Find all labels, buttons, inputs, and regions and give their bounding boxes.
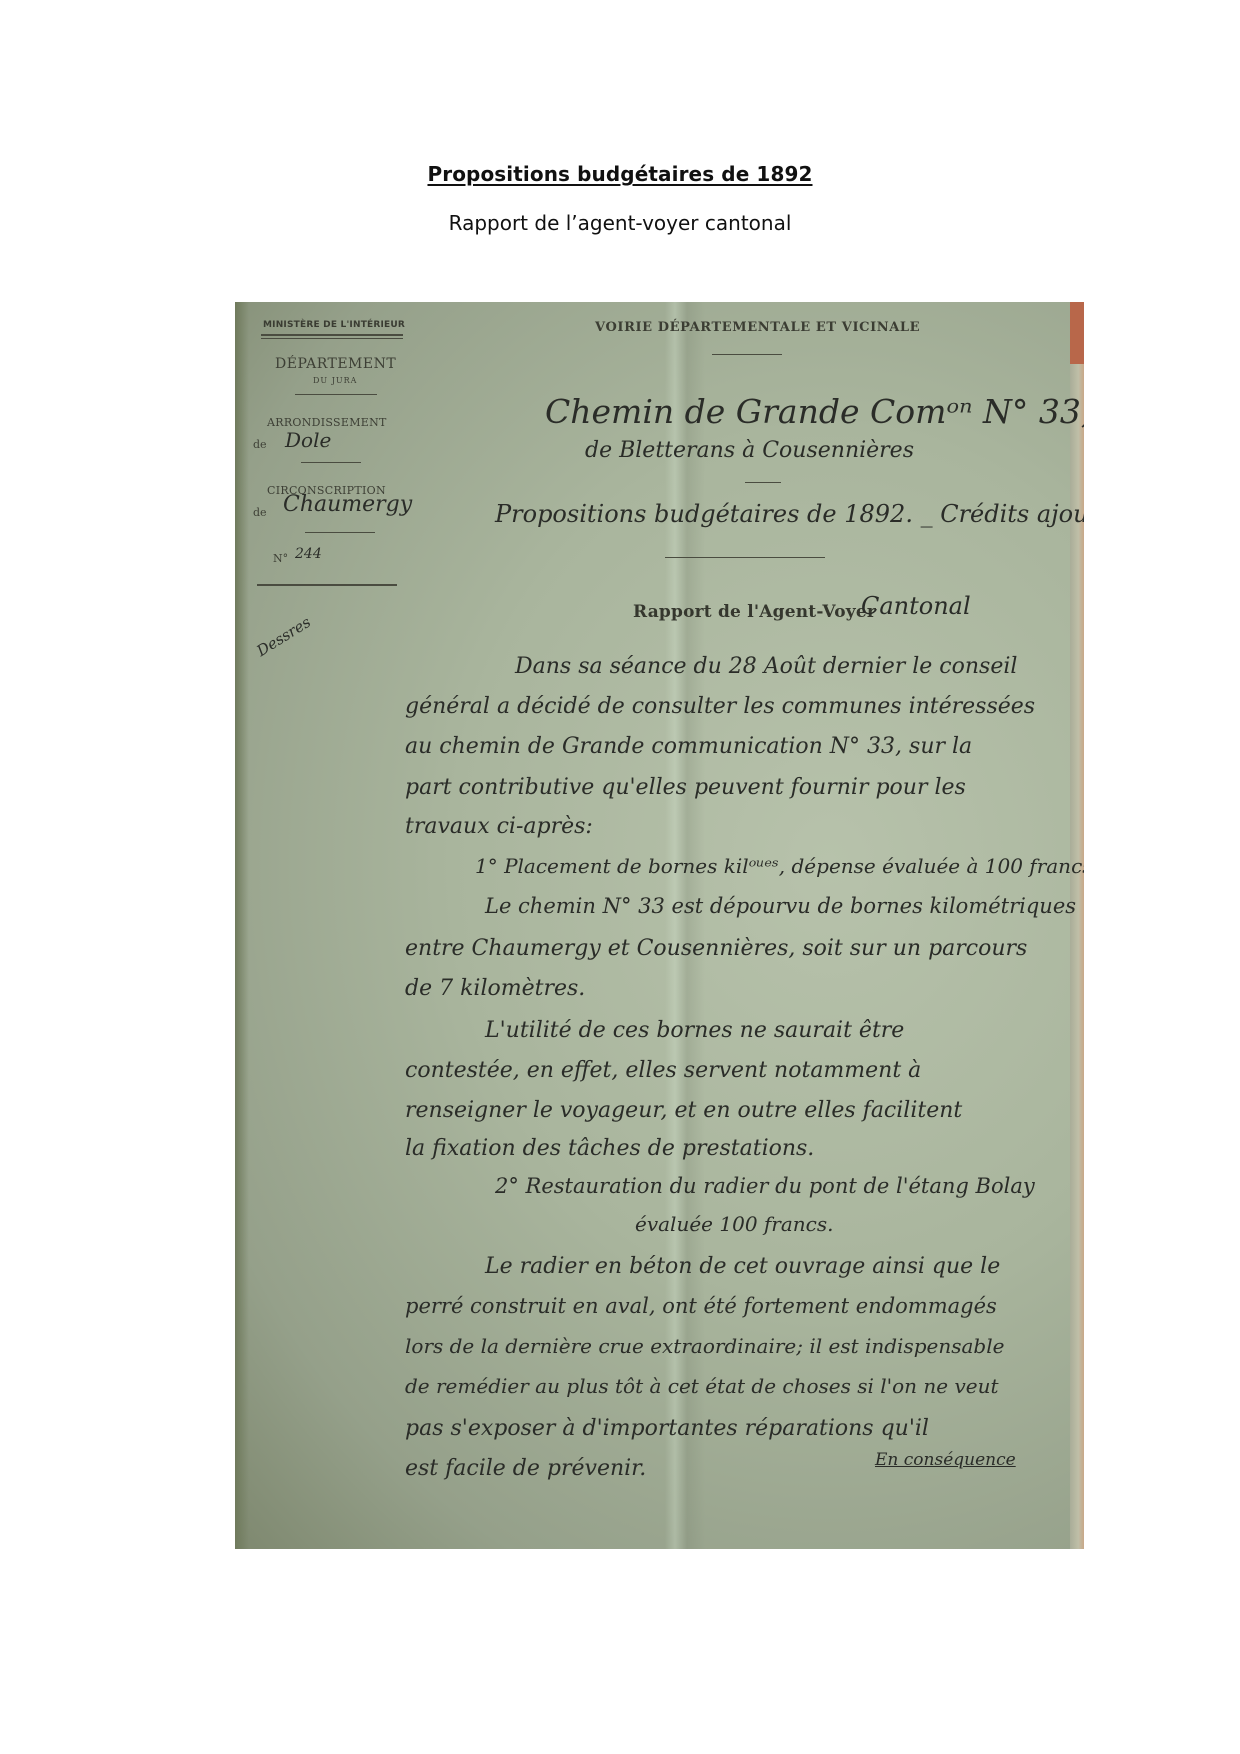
body-line: de remédier au plus tôt à cet état de ch… [405,1374,999,1398]
letterhead-departement-name: DU JURA [313,376,357,385]
body-line: général a décidé de consulter les commun… [405,694,1035,719]
handwritten-chemin: Chemin de Grande Comᵒⁿ N° 33, [545,392,1084,431]
handwritten-objet: Propositions budgétaires de 1892. _ Créd… [495,500,1084,528]
body-line: évaluée 100 francs. [635,1212,834,1236]
letterhead-numero-label: N° [273,552,288,565]
rapport-heading: Rapport de l'Agent-Voyer [633,602,876,622]
divider [305,532,375,533]
body-line: entre Chaumergy et Cousennières, soit su… [405,936,1027,961]
handwritten-cantonal: Cantonal [861,592,971,620]
handwritten-trajet: de Bletterans à Cousennières [585,438,914,463]
body-line: est facile de prévenir. [405,1456,646,1481]
body-line: renseigner le voyageur, et en outre elle… [405,1098,962,1123]
letterhead-departement: DÉPARTEMENT [275,356,396,372]
body-line: au chemin de Grande communication N° 33,… [405,734,972,759]
divider [712,354,782,355]
body-line: 1° Placement de bornes kilᵒᵘᵉˢ, dépense … [475,854,1084,878]
divider [261,338,403,339]
paper-right-edge [1070,302,1084,1549]
page-title: Propositions budgétaires de 1892 [0,162,1240,186]
red-binding-mark [1070,302,1084,364]
margin-note: Dessres [253,613,313,660]
body-line: pas s'exposer à d'importantes réparation… [405,1416,929,1441]
body-line: de 7 kilomètres. [405,976,585,1001]
divider [261,334,403,336]
paper-shadow-edge [235,302,249,1549]
divider [665,557,825,558]
divider [745,482,781,483]
body-line: travaux ci-après: [405,814,593,839]
letterhead-service: VOIRIE DÉPARTEMENTALE ET VICINALE [595,320,920,335]
body-line: 2° Restauration du radier du pont de l'é… [495,1174,1035,1198]
divider [295,394,377,395]
letterhead-ministere: MINISTÈRE DE L'INTÉRIEUR [263,320,405,330]
body-line: contestée, en effet, elles servent notam… [405,1058,921,1083]
letterhead-circonscription-prefix: de [253,506,267,519]
body-line: perré construit en aval, ont été forteme… [405,1294,997,1318]
divider [301,462,361,463]
handwritten-numero: 244 [295,546,322,562]
body-line: L'utilité de ces bornes ne saurait être [485,1018,904,1043]
divider [257,584,397,586]
body-line: Dans sa séance du 28 Août dernier le con… [515,654,1017,679]
handwritten-arrondissement: Dole [285,428,331,452]
document-photo: MINISTÈRE DE L'INTÉRIEUR DÉPARTEMENT DU … [235,302,1084,1549]
handwritten-closing: En conséquence [875,1450,1016,1470]
page-subtitle: Rapport de l’agent-voyer cantonal [0,211,1240,235]
handwritten-circonscription: Chaumergy [283,492,412,517]
body-line: la fixation des tâches de prestations. [405,1136,814,1161]
body-line: part contributive qu'elles peuvent fourn… [405,775,966,800]
body-line: Le radier en béton de cet ouvrage ainsi … [485,1254,1000,1279]
letterhead-arrondissement-prefix: de [253,438,267,451]
body-line: Le chemin N° 33 est dépourvu de bornes k… [485,894,1076,918]
body-line: lors de la dernière crue extraordinaire;… [405,1334,1004,1358]
